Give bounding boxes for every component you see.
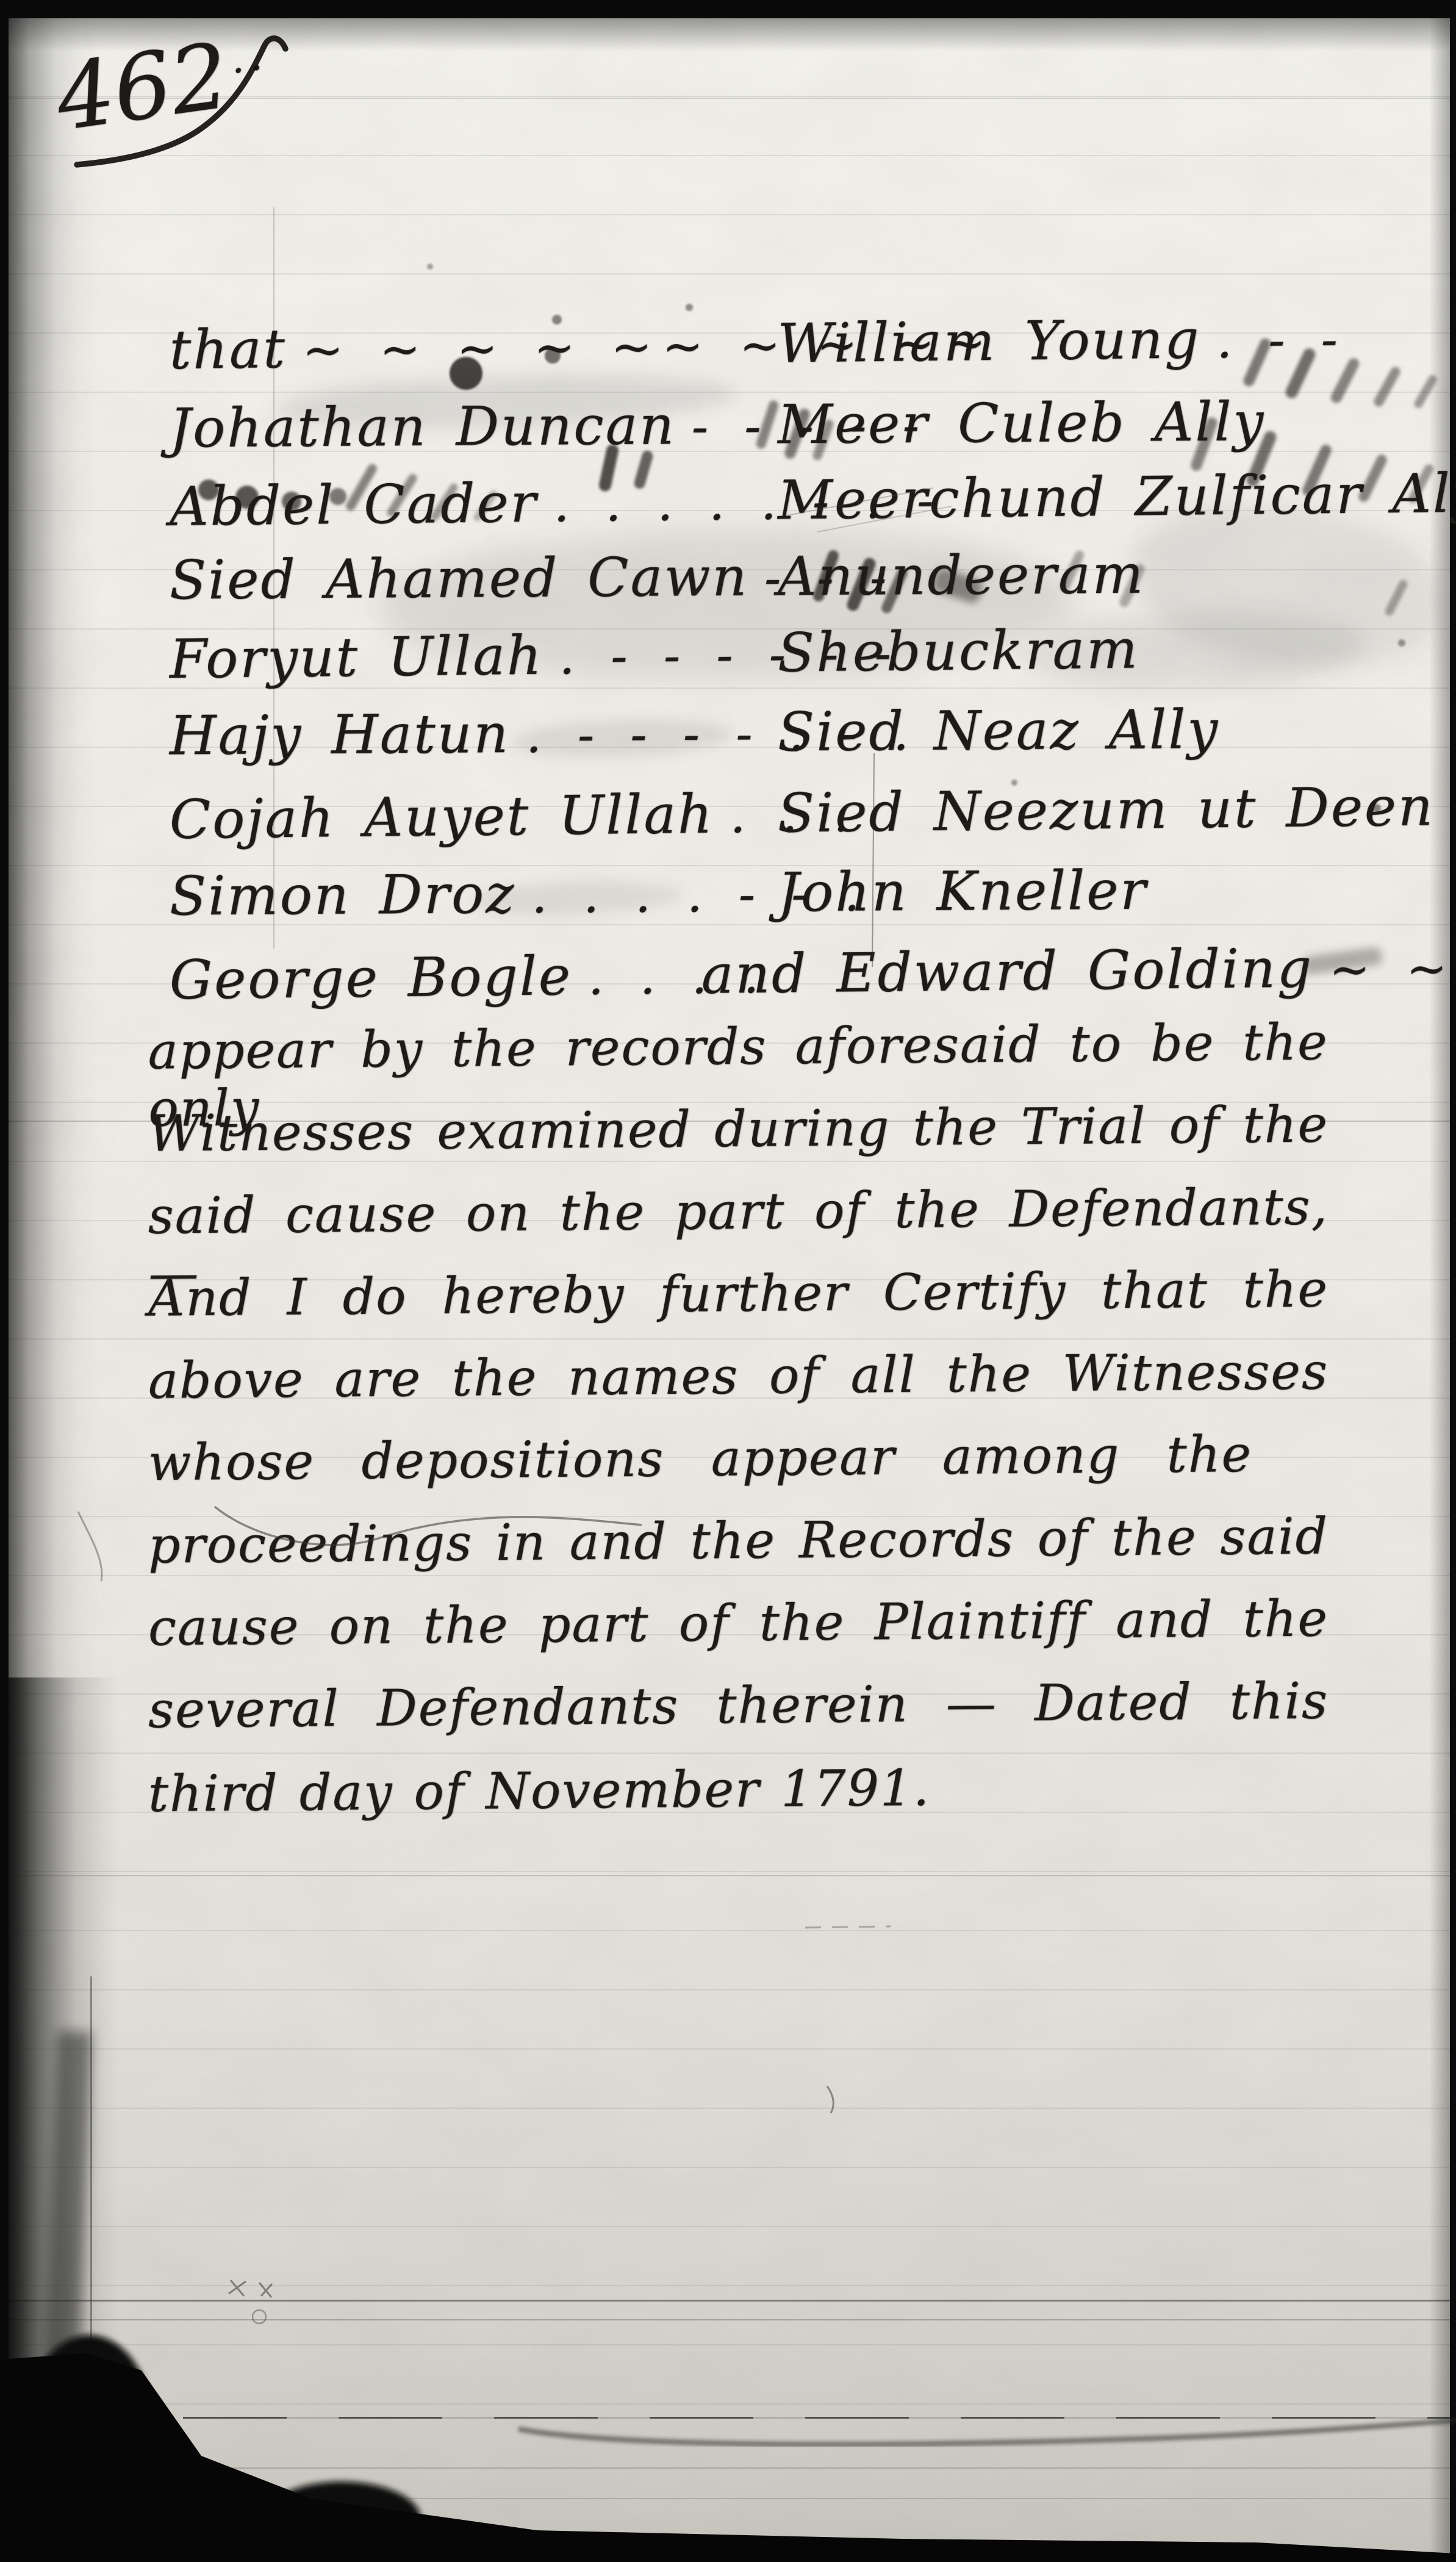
page-number: 462··: [51, 24, 275, 143]
witness-row: Simon Droz. . . . - - . John Kneller: [170, 859, 1451, 944]
witness-name: Sied Neezum ut Deen: [777, 775, 1435, 844]
witness-row: Hajy Hatun. - - - - . - . Sied Neaz Ally: [170, 699, 1451, 784]
witness-row: Cojah Auyet Ullah. . . Sied Neezum ut De…: [169, 777, 1451, 867]
witness-name: George Bogle: [169, 944, 572, 1011]
witness-name: Meerchund Zulficar Aly: [777, 461, 1456, 531]
witness-name: Hajy Hatun: [170, 702, 511, 767]
certificate-line: above are the names of all the Witnesses: [148, 1343, 1329, 1410]
witness-row: Foryut Ullah. - - - - - - Shebuckram: [169, 617, 1451, 707]
certificate-line: cause on the part of the Plaintiff and t…: [148, 1590, 1329, 1657]
ink-dots: ··: [229, 45, 272, 95]
witness-name: Simon Droz: [170, 863, 516, 927]
leader-dashes: . - -: [1216, 311, 1348, 369]
witness-name: John Kneller: [778, 859, 1148, 924]
witness-name: Sied Ahamed Cawn: [170, 545, 749, 612]
witness-name: William Young: [777, 307, 1201, 375]
certificate-line: Witnesses examined during the Trial of t…: [148, 1096, 1329, 1163]
document-scan: 462·· that~ ~ ~ ~ ~~ ~ ~ ~~ William Youn…: [0, 0, 1456, 2562]
witness-row: Sied Ahamed Cawn- - - Anundeeram: [170, 544, 1451, 628]
witness-name: Sied Neaz Ally: [778, 698, 1220, 763]
leader-dashes: ~ ~ ~: [1329, 939, 1456, 999]
witness-name: Johathan Duncan: [170, 393, 676, 459]
leader-dashes: [1235, 703, 1236, 759]
certificate-line: whose depositions appear among the: [148, 1426, 1253, 1493]
witness-name: Cojah Auyet Ullah: [169, 783, 714, 851]
leader-dashes: [1161, 547, 1161, 604]
witness-name: Shebuckram: [777, 617, 1139, 684]
witness-name: Foryut Ullah: [169, 624, 543, 691]
certificate-line: proceedings in and the Records of the sa…: [148, 1508, 1329, 1574]
witness-name: Anundeeram: [778, 543, 1146, 608]
leader-dashes: [1155, 622, 1155, 679]
witness-row: Abdel Cader. . . . . - . - Meerchund Zul…: [169, 464, 1451, 554]
witness-row: that~ ~ ~ ~ ~~ ~ ~ ~~ William Young. - -: [169, 307, 1451, 398]
witness-name: that: [169, 317, 287, 381]
certificate-line: several Defendants therein — Dated this: [148, 1673, 1329, 1739]
leader-dashes: [1450, 780, 1451, 836]
handwritten-content: 462·· that~ ~ ~ ~ ~~ ~ ~ ~~ William Youn…: [0, 0, 1456, 2562]
witness-name: Meer Culeb Ally: [778, 390, 1266, 456]
page-number-value: 462: [50, 23, 235, 151]
certificate-line: third day of November 1791.: [148, 1760, 931, 1823]
witness-name: and Edward Golding: [701, 936, 1313, 1005]
leader-dashes: [1163, 863, 1164, 920]
leader-dashes: [1281, 395, 1282, 451]
certificate-line: And I do hereby further Certify that the: [148, 1261, 1329, 1327]
witness-name: Abdel Cader: [169, 472, 538, 538]
